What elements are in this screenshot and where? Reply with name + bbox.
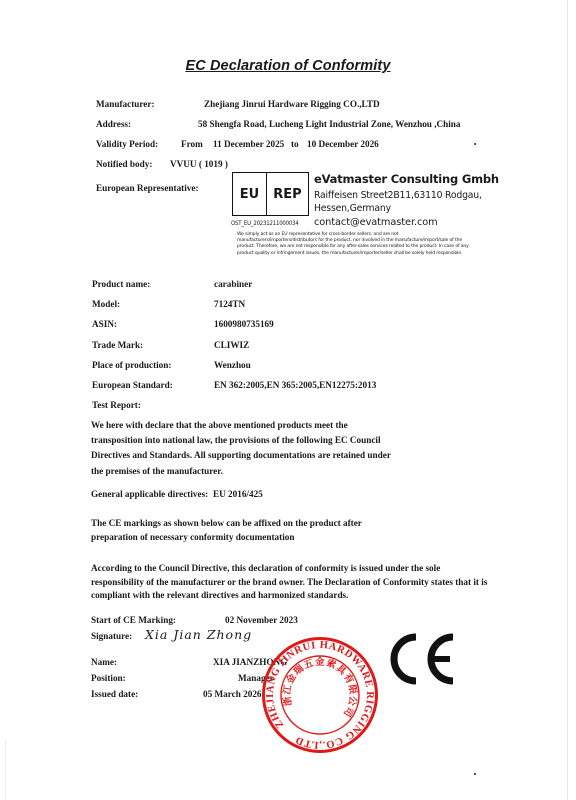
place-of-production-label: Place of production:: [92, 360, 171, 370]
product-name-value: carabiner: [214, 279, 252, 289]
model-label: Model:: [92, 299, 120, 309]
validity-to-date: 10 December 2026: [307, 139, 379, 149]
manufacturer-value: Zhejiang Jinrui Hardware Rigging CO.,LTD: [204, 99, 380, 109]
test-report-label: Test Report:: [92, 400, 141, 410]
eu-rep-badge-rep: REP: [267, 173, 308, 215]
name-label: Name:: [91, 657, 117, 667]
european-rep-label: European Representative:: [96, 183, 199, 193]
eu-rep-disclaimer: We simply act as an EU representative fo…: [237, 232, 475, 257]
european-standard-value: EN 362:2005,EN 365:2005,EN12275:2013: [214, 380, 376, 390]
eu-rep-badge: EU REP: [232, 172, 309, 216]
place-of-production-value: Wenzhou: [214, 360, 251, 370]
start-ce-label: Start of CE Marking:: [91, 615, 176, 625]
notified-body-value: VVUU ( 1019 ): [170, 159, 228, 169]
trade-mark-label: Trade Mark:: [92, 340, 143, 350]
declaration-paragraph: We here with declare that the above ment…: [91, 418, 391, 479]
scan-speck: [474, 143, 476, 145]
european-standard-label: European Standard:: [92, 380, 173, 390]
directives-value: EU 2016/425: [213, 489, 263, 499]
product-name-label: Product name:: [92, 279, 150, 289]
issued-date-value: 05 March 2026: [203, 689, 262, 699]
svg-text:ZHEJIANG JINRUI HARDWARE RIGGI: ZHEJIANG JINRUI HARDWARE RIGGING CO.,LTD: [261, 636, 379, 754]
address-label: Address:: [96, 119, 131, 129]
eu-rep-code: OST_EU_20231211000034: [231, 220, 299, 227]
asin-label: ASIN:: [92, 319, 117, 329]
trade-mark-value: CLIWIZ: [214, 340, 249, 350]
start-ce-value: 02 November 2023: [225, 615, 298, 625]
scan-edge-line-left: [5, 740, 6, 800]
manufacturer-label: Manufacturer:: [96, 99, 155, 109]
eu-rep-address: Raiffeisen Street2B11,63110 Rodgau, Hess…: [314, 189, 482, 215]
issued-date-label: Issued date:: [91, 689, 138, 699]
eu-rep-badge-eu: EU: [233, 173, 267, 215]
validity-from-label: From: [181, 139, 203, 149]
address-value: 58 Shengfa Road, Lucheng Light Industria…: [198, 119, 461, 129]
notified-body-label: Notified body:: [96, 159, 152, 169]
eu-rep-email: contact@evatmaster.com: [314, 217, 438, 228]
position-label: Position:: [91, 673, 126, 683]
ce-marking-paragraph: The CE markings as shown below can be af…: [91, 517, 371, 544]
validity-to-label: to: [291, 139, 299, 149]
document-page: EC Declaration of Conformity Manufacture…: [0, 0, 576, 800]
validity-label: Validity Period:: [96, 139, 158, 149]
scan-edge-line: [567, 0, 568, 800]
council-paragraph: According to the Council Directive, this…: [91, 562, 489, 603]
scan-speck: [474, 773, 476, 775]
handwritten-signature: Xia Jian Zhong: [145, 627, 252, 642]
ce-mark-icon: [386, 632, 456, 686]
eu-rep-company: eVatmaster Consulting Gmbh: [314, 172, 499, 186]
document-title: EC Declaration of Conformity: [0, 58, 576, 74]
validity-from-date: 11 December 2025: [213, 139, 284, 149]
eu-rep-address-line2: Hessen,Germany: [314, 202, 482, 215]
signature-label: Signature:: [91, 631, 132, 641]
model-value: 7124TN: [214, 299, 245, 309]
asin-value: 1600980735169: [214, 319, 274, 329]
eu-rep-address-line1: Raiffeisen Street2B11,63110 Rodgau,: [314, 189, 482, 202]
directives-label: General applicable directives:: [91, 489, 208, 499]
company-seal-stamp: ZHEJIANG JINRUI HARDWARE RIGGING CO.,LTD…: [261, 636, 379, 754]
